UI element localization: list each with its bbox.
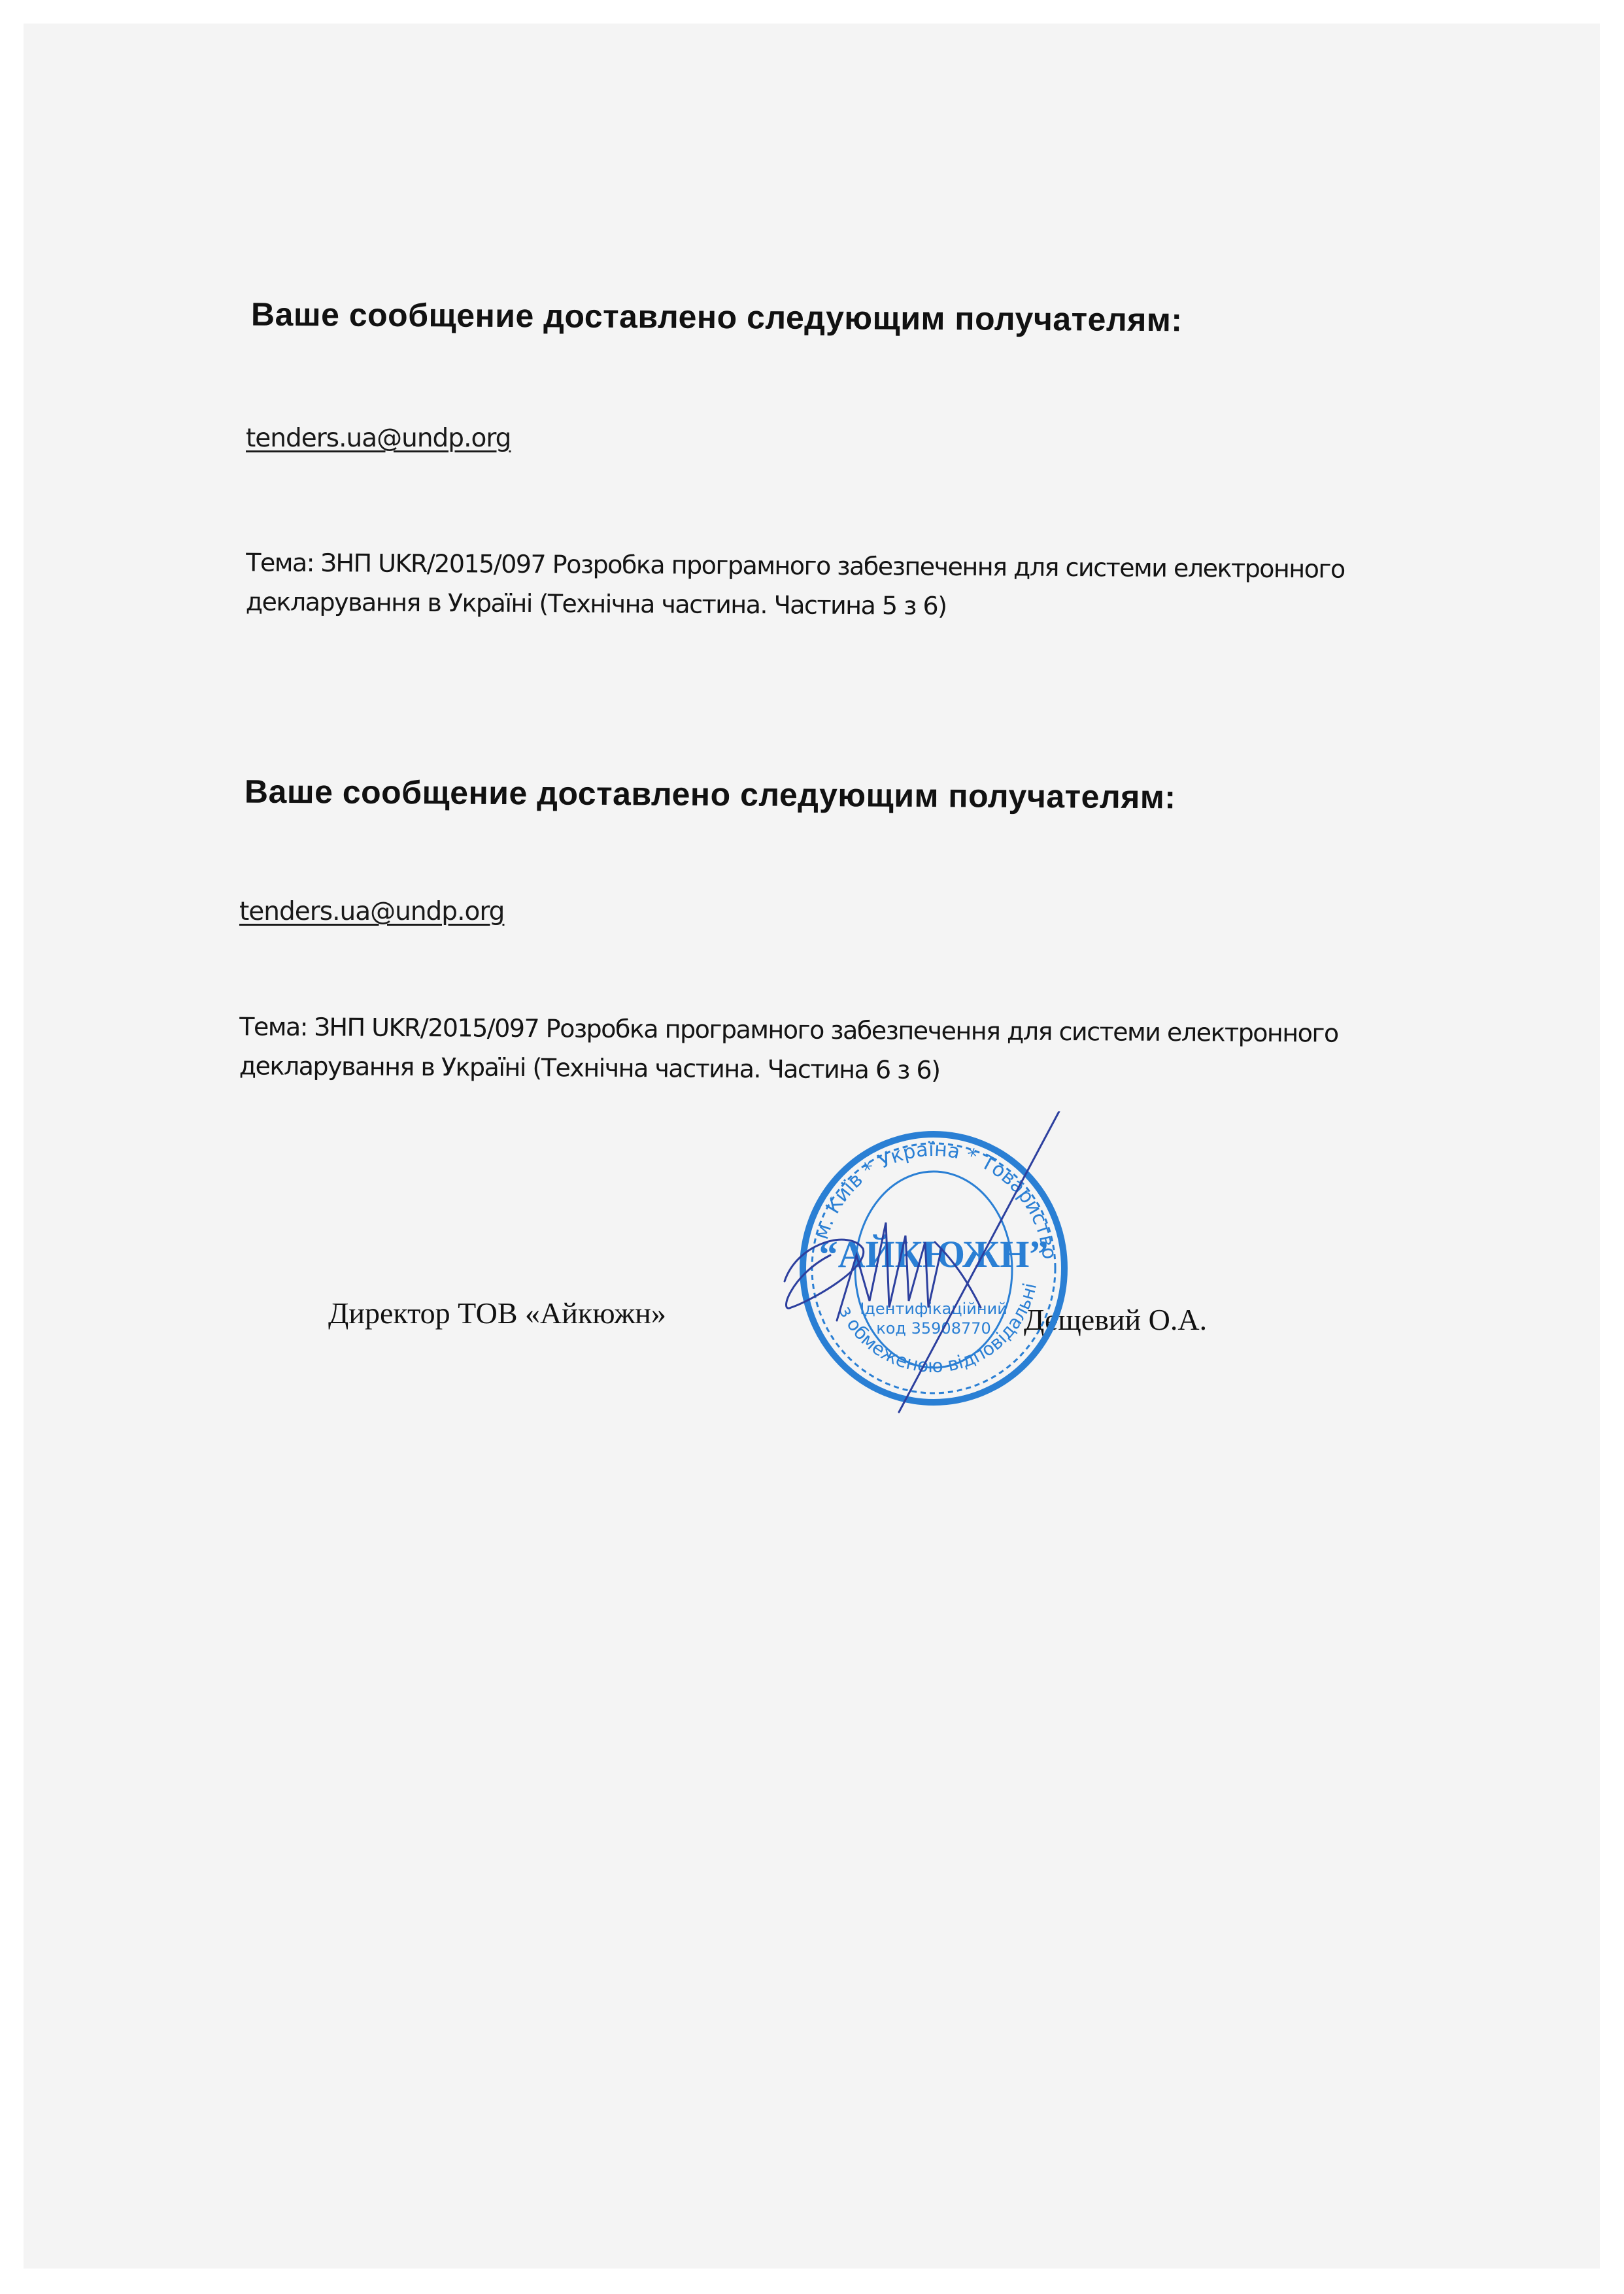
delivery-heading-1: Ваше сообщение доставлено следующим полу… (251, 295, 1183, 339)
svg-text:код 35908770: код 35908770 (876, 1319, 991, 1338)
subject-1-line-1: Тема: ЗНП UKR/2015/097 Розробка програмн… (246, 543, 1455, 589)
subject-1-line-2: декларування в Україні (Технічна частина… (246, 582, 1455, 628)
company-stamp-icon: м. Київ * Україна * Товариство з обмежен… (771, 1111, 1098, 1425)
signatory-position: Директор ТОВ «Айкюжн» (328, 1296, 666, 1330)
delivery-heading-2: Ваше сообщение доставлено следующим полу… (245, 773, 1176, 817)
subject-1: Тема: ЗНП UKR/2015/097 Розробка програмн… (246, 543, 1456, 628)
subject-2-line-2: декларування в Україні (Технічна частина… (239, 1046, 1449, 1092)
svg-text:Ідентифікаційний: Ідентифікаційний (860, 1300, 1007, 1318)
subject-2-line-1: Тема: ЗНП UKR/2015/097 Розробка програмн… (239, 1007, 1449, 1053)
subject-2: Тема: ЗНП UKR/2015/097 Розробка програмн… (239, 1007, 1449, 1092)
recipient-email-2[interactable]: tenders.ua@undp.org (239, 897, 504, 926)
recipient-email-1[interactable]: tenders.ua@undp.org (246, 424, 511, 453)
